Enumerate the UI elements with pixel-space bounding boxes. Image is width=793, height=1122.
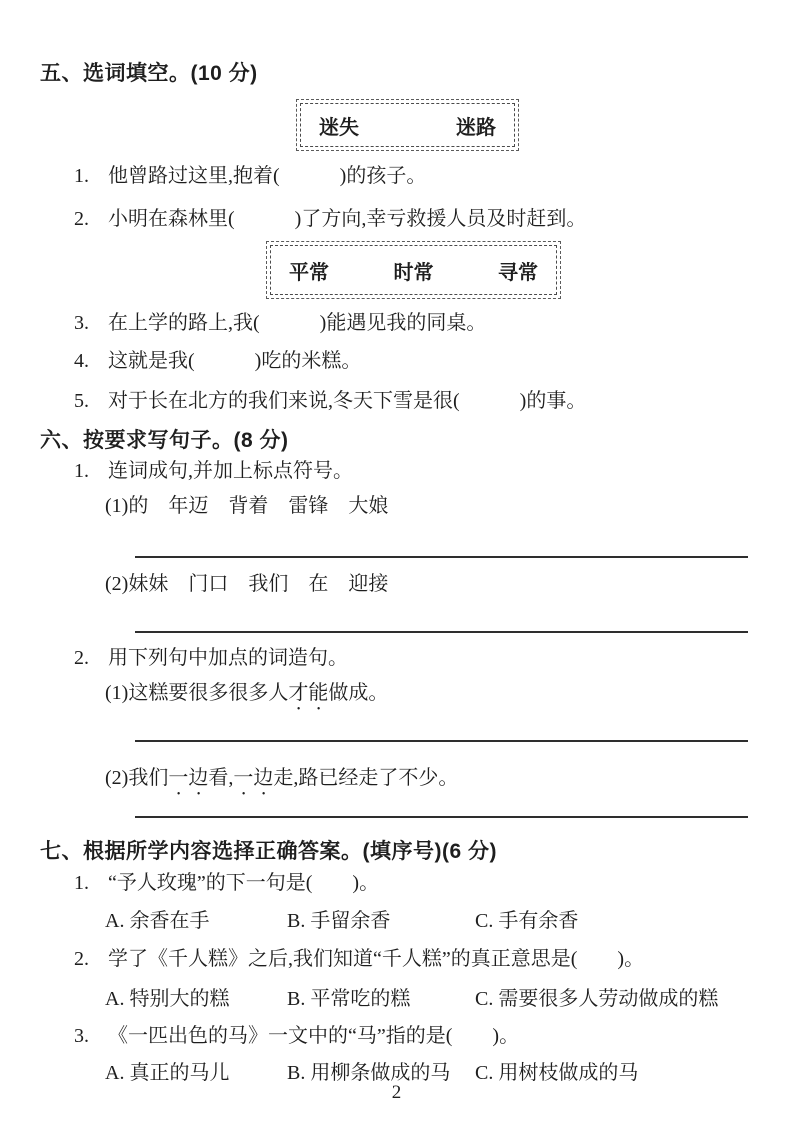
- option-c: C. 手有余香: [475, 907, 578, 935]
- item-text: 用下列句中加点的词造句。: [108, 644, 348, 672]
- sentence-text: 看,: [208, 764, 233, 800]
- choice-options-row: A. 特别大的糕 B. 平常吃的糕 C. 需要很多人劳动做成的糕: [105, 985, 718, 1013]
- question-item: 2. 学了《千人糕》之后,我们知道“千人糕”的真正意思是( )。: [74, 945, 644, 973]
- word-bank-word: 时常: [394, 256, 434, 285]
- dotted-word: 一边: [233, 764, 273, 800]
- question-item: 4. 这就是我( )吃的米糕。: [74, 347, 361, 375]
- answer-line: [135, 740, 748, 742]
- sentence-text: 做成。: [328, 679, 388, 715]
- word-arrange-item: (2)妹妹 门口 我们 在 迎接: [105, 570, 388, 598]
- sentence-text: 走,路已经走了不少。: [273, 764, 458, 800]
- item-number: 3.: [74, 1022, 98, 1050]
- word-bank-box-1: 迷失 迷路: [300, 103, 515, 147]
- option-b: B. 手留余香: [287, 907, 475, 935]
- sentence-with-dotted-word: (1)这糕要很多很多人才能做成。: [105, 679, 388, 715]
- item-number: 2.: [74, 644, 98, 672]
- sentence-text: 我们: [128, 764, 168, 800]
- item-number: 2.: [74, 205, 98, 233]
- worksheet-page: 五、选词填空。(10 分) 迷失 迷路 1. 他曾路过这里,抱着( )的孩子。 …: [0, 0, 793, 1122]
- item-text: 连词成句,并加上标点符号。: [108, 457, 353, 485]
- sub-label: (2): [105, 764, 128, 800]
- item-text: (1)的 年迈 背着 雷锋 大娘: [105, 492, 388, 520]
- sentence-text: 这糕要很多很多人: [128, 679, 288, 715]
- section5-title: 五、选词填空。(10 分): [40, 57, 258, 87]
- question-item: 2. 用下列句中加点的词造句。: [74, 644, 348, 672]
- item-number: 2.: [74, 945, 98, 973]
- option-a: A. 余香在手: [105, 907, 287, 935]
- question-item: 1. 连词成句,并加上标点符号。: [74, 457, 353, 485]
- dotted-word: 才能: [288, 679, 328, 715]
- question-item: 1. 他曾路过这里,抱着( )的孩子。: [74, 162, 426, 190]
- item-number: 4.: [74, 347, 98, 375]
- option-b: B. 平常吃的糕: [287, 985, 475, 1013]
- word-arrange-item: (1)的 年迈 背着 雷锋 大娘: [105, 492, 388, 520]
- section7-title: 七、根据所学内容选择正确答案。(填序号)(6 分): [40, 835, 497, 865]
- question-item: 1. “予人玫瑰”的下一句是( )。: [74, 869, 379, 897]
- item-text: 《一匹出色的马》一文中的“马”指的是( )。: [108, 1022, 519, 1050]
- word-bank-word: 迷失: [319, 111, 359, 140]
- choice-options-row: A. 余香在手 B. 手留余香 C. 手有余香: [105, 907, 578, 935]
- item-text: “予人玫瑰”的下一句是( )。: [108, 869, 379, 897]
- item-text: 学了《千人糕》之后,我们知道“千人糕”的真正意思是( )。: [108, 945, 644, 973]
- answer-line: [135, 631, 748, 633]
- answer-line: [135, 556, 748, 558]
- word-bank-word: 寻常: [498, 256, 538, 285]
- question-item: 3. 《一匹出色的马》一文中的“马”指的是( )。: [74, 1022, 519, 1050]
- section6-title: 六、按要求写句子。(8 分): [40, 424, 289, 454]
- question-item: 3. 在上学的路上,我( )能遇见我的同桌。: [74, 309, 486, 337]
- answer-line: [135, 816, 748, 818]
- question-item: 2. 小明在森林里( )了方向,幸亏救援人员及时赶到。: [74, 205, 586, 233]
- word-bank-word: 迷路: [456, 111, 496, 140]
- option-c: C. 需要很多人劳动做成的糕: [475, 985, 718, 1013]
- item-number: 1.: [74, 162, 98, 190]
- item-number: 1.: [74, 869, 98, 897]
- item-number: 3.: [74, 309, 98, 337]
- sentence-with-dotted-word: (2)我们一边看,一边走,路已经走了不少。: [105, 764, 458, 800]
- question-item: 5. 对于长在北方的我们来说,冬天下雪是很( )的事。: [74, 387, 586, 415]
- word-bank-box-2: 平常 时常 寻常: [270, 245, 557, 295]
- item-number: 5.: [74, 387, 98, 415]
- item-text: 在上学的路上,我( )能遇见我的同桌。: [108, 309, 486, 337]
- item-text: 他曾路过这里,抱着( )的孩子。: [108, 162, 426, 190]
- word-bank-word: 平常: [289, 256, 329, 285]
- dotted-word: 一边: [168, 764, 208, 800]
- item-text: 小明在森林里( )了方向,幸亏救援人员及时赶到。: [108, 205, 586, 233]
- option-a: A. 特别大的糕: [105, 985, 287, 1013]
- item-text: 这就是我( )吃的米糕。: [108, 347, 361, 375]
- sub-label: (1): [105, 679, 128, 715]
- item-text: 对于长在北方的我们来说,冬天下雪是很( )的事。: [108, 387, 586, 415]
- item-text: (2)妹妹 门口 我们 在 迎接: [105, 570, 388, 598]
- item-number: 1.: [74, 457, 98, 485]
- page-number: 2: [0, 1082, 793, 1104]
